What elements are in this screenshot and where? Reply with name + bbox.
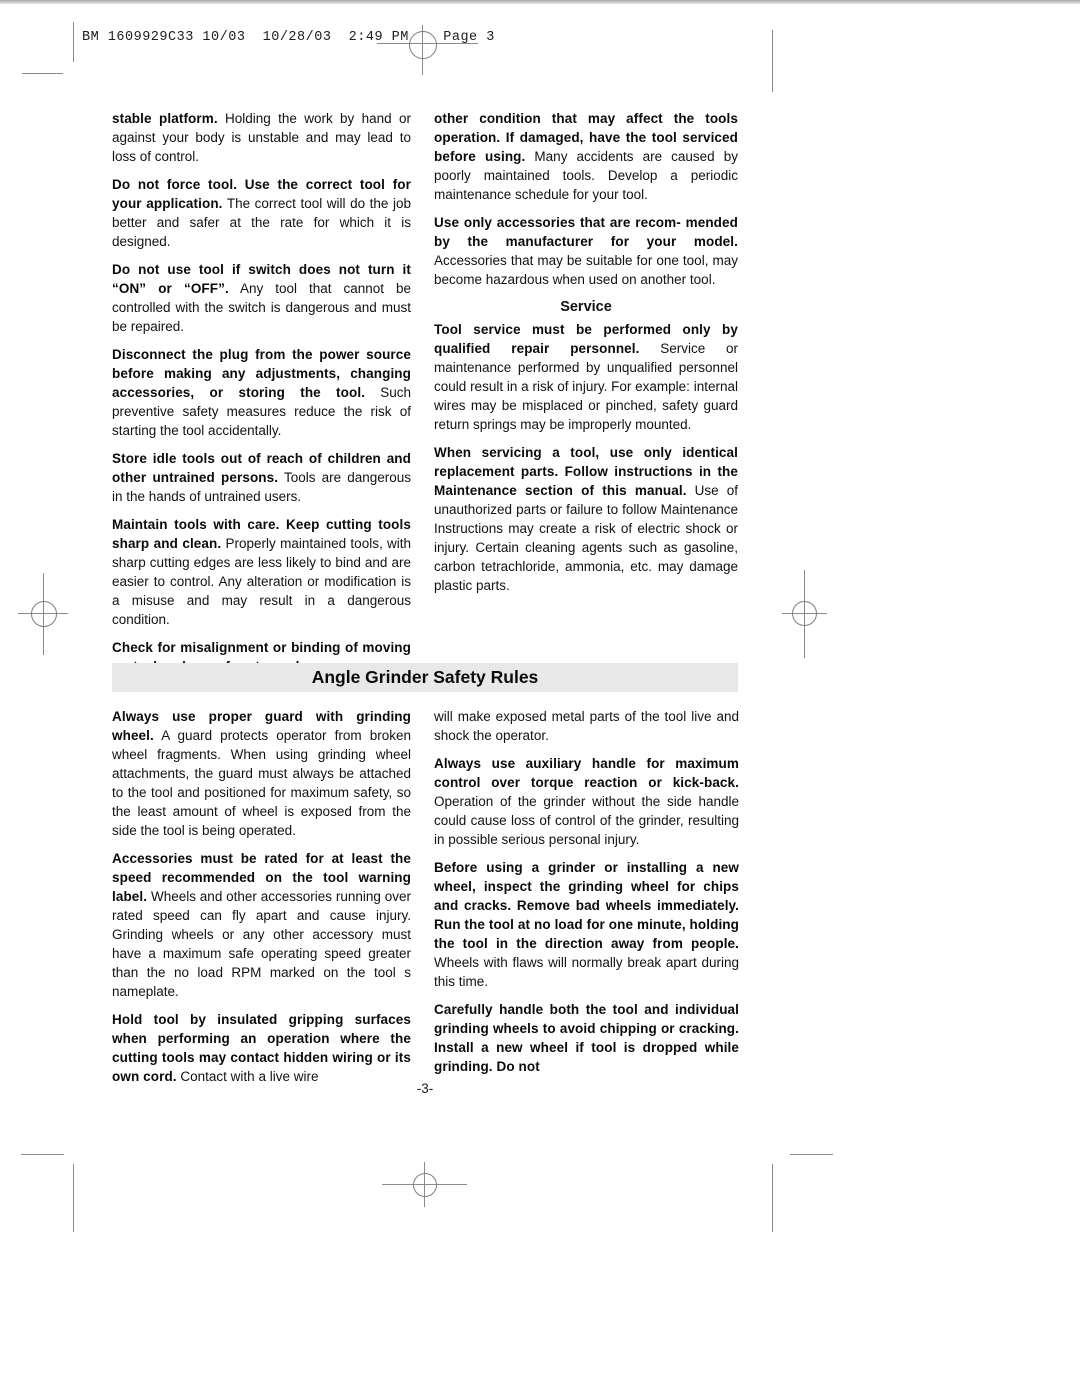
top-right-column: other condition that may affect the tool… <box>434 109 738 604</box>
crop-mark-icon <box>772 30 773 92</box>
safety-paragraph: Do not use tool if switch does not turn … <box>112 260 411 336</box>
safety-paragraph: Store idle tools out of reach of childre… <box>112 449 411 506</box>
crop-mark-icon <box>772 1164 773 1232</box>
paragraph-lead-bold: Always use auxiliary handle for maximum … <box>434 756 739 790</box>
paragraph-body-text: A guard protects operator from broken wh… <box>112 728 411 838</box>
paragraph-lead-bold: Carefully handle both the tool and indiv… <box>434 1002 739 1074</box>
safety-paragraph: Always use auxiliary handle for maximum … <box>434 754 739 849</box>
safety-paragraph: Use only accessories that are recom- men… <box>434 213 738 289</box>
registration-mark-icon <box>792 601 817 626</box>
paragraph-body-text: will make exposed metal parts of the too… <box>434 709 739 743</box>
manual-page: BM 1609929C33 10/03 10/28/03 2:49 PM Pag… <box>0 0 1080 1397</box>
safety-paragraph: stable platform. Holding the work by han… <box>112 109 411 166</box>
paragraph-body-text: Wheels with flaws will normally break ap… <box>434 955 739 989</box>
safety-paragraph: Do not force tool. Use the correct tool … <box>112 175 411 251</box>
safety-paragraph: Tool service must be performed only by q… <box>434 320 738 434</box>
crop-mark-icon <box>73 22 74 62</box>
top-left-column: stable platform. Holding the work by han… <box>112 109 411 685</box>
registration-mark-icon <box>413 1173 437 1197</box>
paragraph-body-text: Use of unauthorized parts or failure to … <box>434 483 738 593</box>
bottom-right-column: will make exposed metal parts of the too… <box>434 707 739 1085</box>
safety-paragraph: When servicing a tool, use only identica… <box>434 443 738 595</box>
paragraph-body-text: Accessories that may be suitable for one… <box>434 253 738 287</box>
safety-paragraph: will make exposed metal parts of the too… <box>434 707 739 745</box>
paragraph-lead-bold: Use only accessories that are recom- men… <box>434 215 738 249</box>
safety-paragraph: Hold tool by insulated gripping surfaces… <box>112 1010 411 1086</box>
crop-mark-icon <box>21 1154 64 1155</box>
scan-edge <box>0 0 1080 4</box>
crop-mark-icon <box>73 1164 74 1232</box>
safety-paragraph: Disconnect the plug from the power sourc… <box>112 345 411 440</box>
paragraph-body-text: Wheels and other accessories running ove… <box>112 889 411 999</box>
safety-paragraph: Carefully handle both the tool and indiv… <box>434 1000 739 1076</box>
bottom-left-column: Always use proper guard with grinding wh… <box>112 707 411 1095</box>
section-title-banner: Angle Grinder Safety Rules <box>112 663 738 692</box>
paragraph-lead-bold: Before using a grinder or installing a n… <box>434 860 739 951</box>
registration-mark-icon <box>409 31 437 59</box>
safety-paragraph: Always use proper guard with grinding wh… <box>112 707 411 840</box>
service-section-heading: Service <box>434 298 738 317</box>
crop-mark-icon <box>790 1154 833 1155</box>
safety-paragraph: Maintain tools with care. Keep cutting t… <box>112 515 411 629</box>
paragraph-body-text: Operation of the grinder without the sid… <box>434 794 739 847</box>
page-number: -3- <box>112 1081 738 1096</box>
safety-paragraph: Before using a grinder or installing a n… <box>434 858 739 991</box>
paragraph-lead-bold: stable platform. <box>112 111 218 126</box>
registration-mark-icon <box>31 601 57 627</box>
safety-paragraph: other condition that may affect the tool… <box>434 109 738 204</box>
safety-paragraph: Accessories must be rated for at least t… <box>112 849 411 1001</box>
crop-mark-icon <box>22 73 63 74</box>
